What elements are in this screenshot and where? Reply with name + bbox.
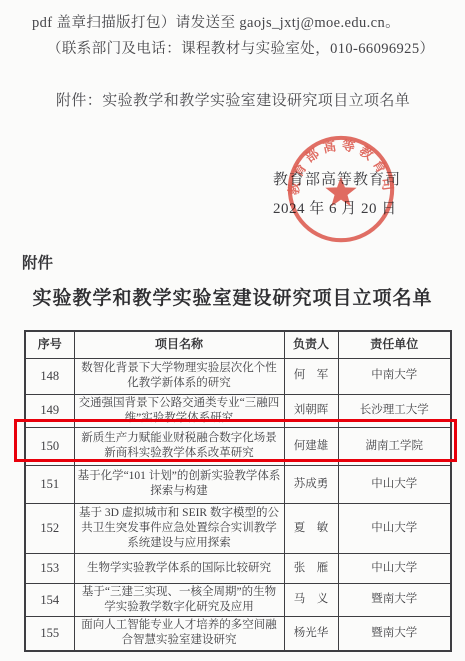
attachment-label: 附件 xyxy=(22,251,53,273)
cell-leader: 何建雄 xyxy=(284,427,338,465)
cell-project-name: 生物学实验教学体系的国际比较研究 xyxy=(74,553,284,583)
cell-leader: 何 军 xyxy=(284,358,338,394)
table-row-148: 148 数智化背景下大学物理实验层次化个性化教学新体系的研究 何 军 中南大学 xyxy=(25,358,451,394)
cell-project-name: 基于化学“101 计划”的创新实验教学体系探索与构建 xyxy=(74,465,284,503)
cell-serial: 152 xyxy=(25,503,74,553)
cell-serial: 150 xyxy=(25,427,74,465)
header-unit: 责任单位 xyxy=(338,331,451,358)
table-row-150-highlighted: 150 新质生产力赋能业财税融合数字化场景新商科实验教学体系改革研究 何建雄 湖… xyxy=(25,427,451,465)
document-title: 实验教学和教学实验室建设研究项目立项名单 xyxy=(0,283,465,310)
issue-date-text: 2024 年 6 月 20 日 xyxy=(273,197,401,218)
table-row-151: 151 基于化学“101 计划”的创新实验教学体系探索与构建 苏成勇 中山大学 xyxy=(25,465,451,503)
scanned-document-page: pdf 盖章扫描版打包）请发送至 gaojs_jxtj@moe.edu.cn。 … xyxy=(0,0,465,661)
cell-project-name: 面向人工智能专业人才培养的多空间融合智慧实验室建设研究 xyxy=(74,617,284,651)
cell-unit: 中山大学 xyxy=(338,465,451,503)
cell-serial: 151 xyxy=(25,465,74,503)
cell-unit: 长沙理工大学 xyxy=(338,394,451,427)
cell-leader: 张 雁 xyxy=(284,553,338,583)
cell-serial: 148 xyxy=(25,358,74,394)
official-seal-stamp-icon: 教育部高等教育司 xyxy=(283,134,399,246)
table-row-153: 153 生物学实验教学体系的国际比较研究 张 雁 中山大学 xyxy=(25,553,451,583)
cell-unit: 暨南大学 xyxy=(338,583,451,616)
cell-leader: 夏 敏 xyxy=(284,503,338,553)
table-row-154: 154 基于“三建三实现、一核全周期”的生物学实验教学数字化研究及应用 马 义 … xyxy=(25,583,451,616)
cell-unit: 中南大学 xyxy=(338,358,451,394)
table-row-155: 155 面向人工智能专业人才培养的多空间融合智慧实验室建设研究 杨光华 暨南大学 xyxy=(25,617,451,651)
attachment-reference-line: 附件：实验教学和教学实验室建设研究项目立项名单 xyxy=(56,89,410,110)
cell-leader: 杨光华 xyxy=(284,617,338,651)
contact-info-line: （联系部门及电话：课程教材与实验室处，010-66096925） xyxy=(47,37,434,58)
cell-unit: 中山大学 xyxy=(338,503,451,553)
cell-leader: 刘朝晖 xyxy=(284,394,338,427)
header-leader: 负责人 xyxy=(284,331,338,358)
cell-project-name: 新质生产力赋能业财税融合数字化场景新商科实验教学体系改革研究 xyxy=(74,427,284,465)
cell-serial: 155 xyxy=(25,617,74,651)
mail-instruction-line: pdf 盖章扫描版打包）请发送至 gaojs_jxtj@moe.edu.cn。 xyxy=(32,11,400,32)
cell-leader: 苏成勇 xyxy=(284,465,338,503)
header-project: 项目名称 xyxy=(74,331,284,358)
cell-project-name: 基于 3D 虚拟城市和 SEIR 数字模型的公共卫生突发事件应急处置综合实训教学… xyxy=(74,503,284,553)
cell-leader: 马 义 xyxy=(284,583,338,616)
issuer-name-text: 教育部高等教育司 xyxy=(273,168,401,189)
cell-serial: 154 xyxy=(25,583,74,616)
header-serial: 序号 xyxy=(25,331,74,358)
table-row-152: 152 基于 3D 虚拟城市和 SEIR 数字模型的公共卫生突发事件应急处置综合… xyxy=(25,503,451,553)
cell-unit: 湖南工学院 xyxy=(338,427,451,465)
table-row-149: 149 交通强国背景下公路交通类专业“三融四维”实验教学体系研究 刘朝晖 长沙理… xyxy=(25,394,451,427)
cell-project-name: 交通强国背景下公路交通类专业“三融四维”实验教学体系研究 xyxy=(74,394,284,427)
cell-unit: 中山大学 xyxy=(338,553,451,583)
cell-unit: 暨南大学 xyxy=(338,617,451,651)
table-header-row: 序号 项目名称 负责人 责任单位 xyxy=(25,331,451,358)
cell-project-name: 数智化背景下大学物理实验层次化个性化教学新体系的研究 xyxy=(74,358,284,394)
cell-serial: 153 xyxy=(25,553,74,583)
cell-project-name: 基于“三建三实现、一核全周期”的生物学实验教学数字化研究及应用 xyxy=(74,583,284,616)
cell-serial: 149 xyxy=(25,394,74,427)
project-approval-table: 序号 项目名称 负责人 责任单位 148 数智化背景下大学物理实验层次化个性化教… xyxy=(24,330,452,652)
